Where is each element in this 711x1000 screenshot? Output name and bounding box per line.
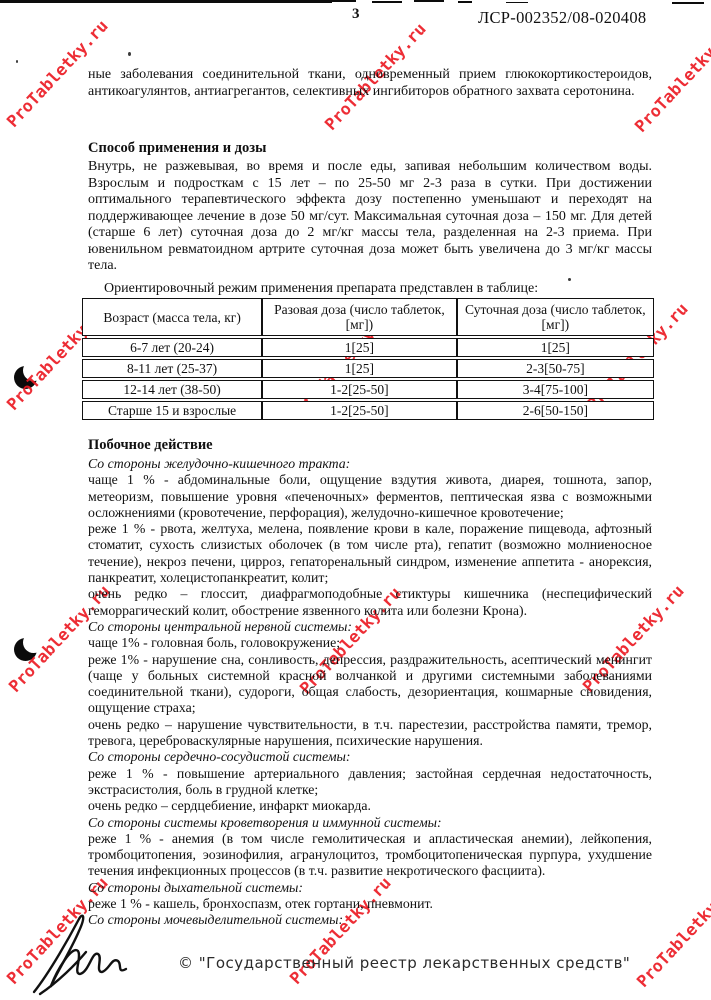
side-effects-subheading: Со стороны центральной нервной системы: <box>88 619 652 635</box>
side-effects-subheading: Со стороны дыхательной системы: <box>88 880 652 896</box>
dosage-table-cell: 1-2[25-50] <box>262 401 456 420</box>
dosage-table-cell: 3-4[75-100] <box>457 380 654 399</box>
scan-edge-artifact <box>506 2 528 3</box>
side-effects-subheading: Со стороны системы кроветворения и иммун… <box>88 815 652 831</box>
handwritten-signature <box>28 912 138 998</box>
dosage-table: Возраст (масса тела, кг)Разовая доза (чи… <box>82 296 654 422</box>
dosage-table-cell: 2-6[50-150] <box>457 401 654 420</box>
table-caption: Ориентировочный режим применения препара… <box>104 281 538 297</box>
dosage-table-cell: 1-2[25-50] <box>262 380 456 399</box>
scan-speck <box>128 52 131 56</box>
side-effects-heading: Побочное действие <box>88 437 652 454</box>
dosage-table-cell: 6-7 лет (20-24) <box>82 338 262 357</box>
page-number: 3 <box>352 6 360 23</box>
side-effects-text: очень редко – нарушение чувствительности… <box>88 717 652 750</box>
scan-edge-artifact <box>300 0 356 2</box>
dosage-table-cell: 1[25] <box>262 359 456 378</box>
dosage-heading: Способ применения и дозы <box>88 140 652 157</box>
side-effects-text: реже 1% - нарушение сна, сонливость, деп… <box>88 652 652 717</box>
side-effects-list: Со стороны желудочно-кишечного тракта:ча… <box>88 456 652 929</box>
side-effects-text: очень редко – сердцебиение, инфаркт миок… <box>88 798 652 814</box>
dosage-table-row: 6-7 лет (20-24)1[25]1[25] <box>82 338 654 357</box>
dosage-table-cell: 1[25] <box>262 338 456 357</box>
dosage-table-row: 8-11 лет (25-37)1[25]2-3[50-75] <box>82 359 654 378</box>
scan-edge-artifact <box>372 1 402 3</box>
dosage-table-cell: 8-11 лет (25-37) <box>82 359 262 378</box>
scan-blot-crescent <box>14 366 37 389</box>
dosage-table-cell: 2-3[50-75] <box>457 359 654 378</box>
intro-paragraph: ные заболевания соединительной ткани, од… <box>88 67 652 100</box>
side-effects-subheading: Со стороны желудочно-кишечного тракта: <box>88 456 652 472</box>
side-effects-subheading: Со стороны мочевыделительной системы: <box>88 912 652 928</box>
dosage-table-header-cell: Суточная доза (число таблеток,[мг]) <box>457 298 654 336</box>
dosage-table-cell: 1[25] <box>457 338 654 357</box>
dosage-table-row: Старше 15 и взрослые1-2[25-50]2-6[50-150… <box>82 401 654 420</box>
scan-edge-artifact <box>0 0 332 3</box>
side-effects-subheading: Со стороны сердечно-сосудистой системы: <box>88 749 652 765</box>
dosage-table-header-row: Возраст (масса тела, кг)Разовая доза (чи… <box>82 298 654 336</box>
side-effects-text: чаще 1 % - абдоминальные боли, ощущение … <box>88 472 652 521</box>
scan-edge-artifact <box>672 2 704 4</box>
scan-edge-artifact <box>458 1 472 3</box>
scan-blot-crescent <box>14 638 37 661</box>
dosage-table-cell: Старше 15 и взрослые <box>82 401 262 420</box>
footer-copyright: © "Государственный реестр лекарственных … <box>178 954 630 972</box>
scan-edge-artifact <box>414 0 444 2</box>
dosage-table-header-cell: Разовая доза (число таблеток,[мг]) <box>262 298 456 336</box>
side-effects-text: реже 1 % - кашель, бронхоспазм, отек гор… <box>88 896 652 912</box>
dosage-paragraph: Внутрь, не разжевывая, во время и после … <box>88 159 652 275</box>
side-effects-text: чаще 1% - головная боль, головокружение; <box>88 635 652 651</box>
side-effects-text: реже 1 % - анемия (в том числе гемолитич… <box>88 831 652 880</box>
scan-speck <box>568 278 571 281</box>
document-page: 3 ЛСР-002352/08-020408 ProTabletky.ruPro… <box>0 0 711 1000</box>
dosage-table-header-cell: Возраст (масса тела, кг) <box>82 298 262 336</box>
side-effects-text: реже 1 % - повышение артериального давле… <box>88 766 652 799</box>
side-effects-text: очень редко – глоссит, диафрагмоподобные… <box>88 586 652 619</box>
scan-speck <box>16 60 18 63</box>
dosage-table-row: 12-14 лет (38-50)1-2[25-50]3-4[75-100] <box>82 380 654 399</box>
side-effects-text: реже 1 % - рвота, желтуха, мелена, появл… <box>88 521 652 586</box>
dosage-table-cell: 12-14 лет (38-50) <box>82 380 262 399</box>
registration-number: ЛСР-002352/08-020408 <box>478 8 646 28</box>
